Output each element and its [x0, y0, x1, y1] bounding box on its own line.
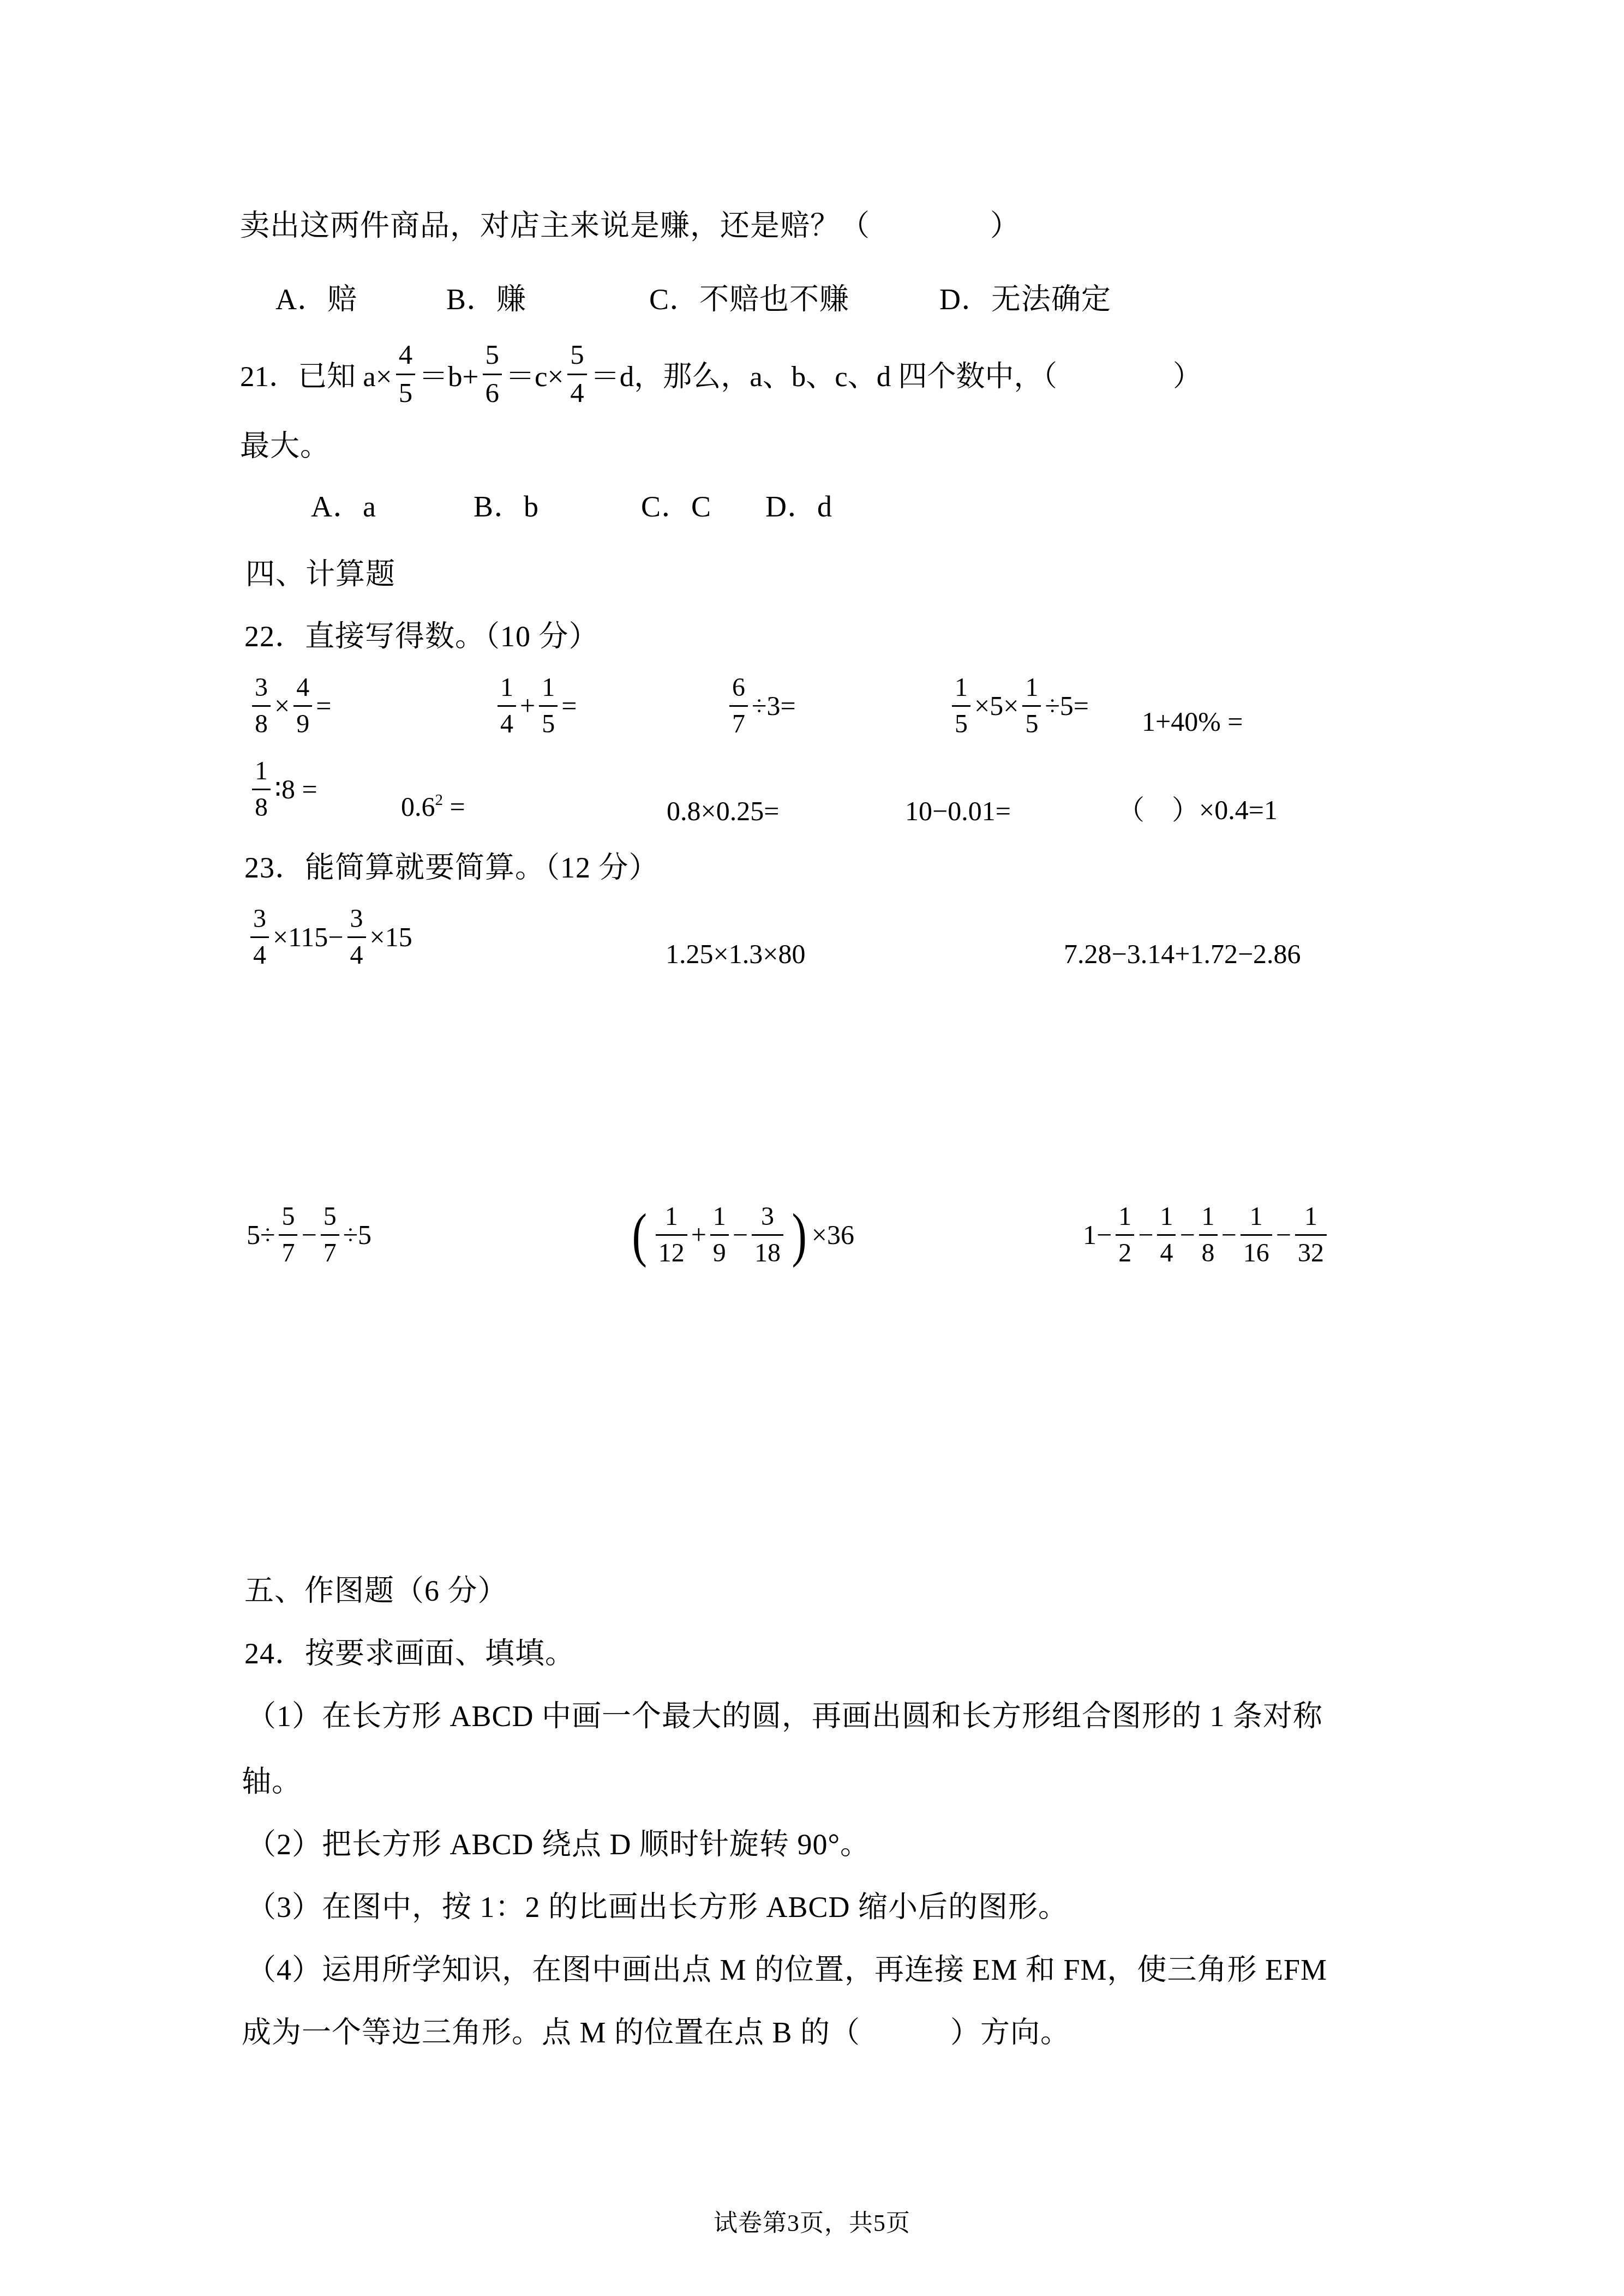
fraction-denominator: 12 [656, 1234, 687, 1266]
math-text: ×5× [974, 690, 1018, 722]
fraction: 38 [252, 675, 271, 737]
fraction-numerator: 1 [539, 675, 558, 705]
fraction-numerator: 1 [1022, 675, 1041, 705]
q20-option-a: A．赔 [275, 283, 357, 316]
q23-expr-6: 1−12−14−18−116−132 [1083, 1203, 1331, 1267]
q23-title: 23．能简算就要简算。（12 分） [244, 851, 659, 885]
fraction-denominator: 6 [483, 374, 502, 407]
fraction-numerator: 4 [293, 675, 312, 705]
q21-option-a: A．a [311, 490, 376, 524]
fraction-denominator: 4 [250, 936, 269, 969]
fraction-numerator: 1 [1199, 1204, 1218, 1234]
math-text: ÷5= [1045, 690, 1089, 722]
fraction-denominator: 8 [252, 789, 271, 821]
math-text: 1.25×1.3×80 [666, 939, 805, 969]
fraction-denominator: 7 [279, 1234, 297, 1266]
fraction-denominator: 8 [252, 705, 271, 737]
fraction-denominator: 18 [752, 1234, 783, 1266]
fraction-numerator: 1 [1157, 1204, 1176, 1234]
fraction-denominator: 4 [498, 705, 516, 737]
fraction: 34 [250, 906, 269, 969]
q22-expr-7: 0.62 = [401, 792, 465, 822]
fraction-numerator: 1 [1116, 1204, 1134, 1234]
fraction-denominator: 2 [1116, 1234, 1134, 1266]
q24-part4-line2: 成为一个等边三角形。点 M 的位置在点 B 的（ ）方向。 [242, 2016, 1070, 2049]
fraction-numerator: 1 [1302, 1204, 1320, 1234]
math-text: ＝b+ [419, 353, 478, 395]
fraction-denominator: 32 [1295, 1234, 1327, 1266]
fraction: 318 [752, 1204, 783, 1266]
q22-expr-4: 15×5×15÷5= [948, 676, 1089, 735]
q20-stem: 卖出这两件商品，对店主来说是赚，还是赔？（ ） [240, 209, 1020, 243]
math-text: = [561, 690, 577, 722]
fraction: 56 [483, 341, 502, 407]
math-text: 1− [1083, 1219, 1112, 1251]
fraction-denominator: 5 [396, 374, 415, 407]
math-text: ÷5 [343, 1219, 371, 1251]
fraction-numerator: 5 [321, 1204, 339, 1234]
fraction-numerator: 1 [498, 675, 516, 705]
math-text: 0.6 [401, 791, 435, 822]
fraction: 132 [1295, 1204, 1327, 1266]
math-text: ×115− [273, 921, 344, 953]
fraction-denominator: 5 [952, 705, 970, 737]
q21-option-b: B．b [474, 490, 539, 524]
q23-expr-1: 34×115−34×15 [247, 903, 412, 971]
q21-option-d: D．d [765, 490, 832, 524]
q23-expr-2: 1.25×1.3×80 [666, 939, 805, 969]
fraction-numerator: 5 [279, 1204, 297, 1234]
fraction-denominator: 7 [729, 705, 748, 737]
fraction: 112 [656, 1204, 687, 1266]
fraction: 57 [321, 1204, 339, 1266]
fraction: 49 [293, 675, 312, 737]
superscript: 2 [435, 791, 444, 809]
fraction: 67 [729, 675, 748, 737]
q23-expr-4: 5÷57−57÷5 [247, 1203, 371, 1267]
q22-expr-6: 18∶8 = [248, 758, 317, 820]
fraction-numerator: 1 [662, 1204, 681, 1234]
fraction-numerator: 1 [952, 675, 970, 705]
math-text: 5÷ [247, 1219, 275, 1251]
q24-part1-line1: （1）在长方形 ABCD 中画一个最大的圆，再画出圆和长方形组合图形的 1 条对… [247, 1699, 1323, 1733]
fraction-numerator: 4 [396, 341, 415, 374]
q24-part2: （2）把长方形 ABCD 绕点 D 顺时针旋转 90°。 [247, 1828, 870, 1861]
fraction-numerator: 5 [567, 341, 586, 374]
section-calc-title: 四、计算题 [245, 557, 395, 591]
fraction-denominator: 9 [710, 1234, 729, 1266]
q21-stem: 21．已知 a×45＝b+56＝c×54＝d，那么，a、b、c、d 四个数中，（… [240, 342, 1202, 406]
q22-expr-9: 10−0.01= [905, 796, 1011, 826]
math-text: ∶8 = [274, 773, 317, 805]
fraction: 57 [279, 1204, 297, 1266]
math-text: − [301, 1219, 316, 1251]
fraction: 18 [252, 758, 271, 821]
page-footer: 试卷第3页，共5页 [0, 2203, 1624, 2238]
q22-expr-2: 14+15= [494, 676, 577, 735]
fraction: 14 [1157, 1204, 1176, 1266]
fraction-numerator: 1 [710, 1204, 729, 1234]
math-text: 0.8×0.25= [667, 796, 779, 826]
fraction-denominator: 16 [1241, 1234, 1272, 1266]
q24-part4-line1: （4）运用所学知识，在图中画出点 M 的位置，再连接 EM 和 FM，使三角形 … [247, 1953, 1327, 1987]
fraction-numerator: 1 [1247, 1204, 1266, 1234]
math-text: + [520, 690, 535, 722]
fraction-numerator: 6 [729, 675, 748, 705]
math-text: × [274, 690, 290, 722]
fraction: 19 [710, 1204, 729, 1266]
q20-option-b: B．赚 [446, 283, 526, 316]
math-text: 10−0.01= [905, 796, 1011, 826]
fraction-numerator: 3 [250, 906, 269, 936]
q24-part3: （3）在图中，按 1：2 的比画出长方形 ABCD 缩小后的图形。 [247, 1890, 1068, 1924]
fraction-denominator: 7 [321, 1234, 339, 1266]
q22-expr-5: 1+40% = [1142, 707, 1243, 737]
math-text: 7.28−3.14+1.72−2.86 [1064, 939, 1301, 969]
fraction-numerator: 3 [758, 1204, 777, 1234]
q22-expr-10: （ ）×0.4=1 [1117, 795, 1278, 825]
math-text: ＝c× [506, 353, 564, 395]
q21-option-c: C．C [641, 490, 711, 524]
fraction-denominator: 5 [1022, 705, 1041, 737]
fraction-numerator: 5 [483, 341, 502, 374]
math-text: ×36 [812, 1219, 854, 1251]
fraction: 15 [539, 675, 558, 737]
q21-stem-tail: 最大。 [240, 429, 330, 463]
math-text: 1+40% = [1142, 706, 1243, 737]
exam-paper-page: 卖出这两件商品，对店主来说是赚，还是赔？（ ） A．赔 B．赚 C．不赔也不赚 … [0, 0, 1624, 2296]
section-draw-title: 五、作图题（6 分） [244, 1574, 508, 1608]
fraction: 45 [396, 341, 415, 407]
math-text: （ ）×0.4=1 [1117, 795, 1278, 825]
fraction-denominator: 4 [1157, 1234, 1176, 1266]
math-text: − [733, 1219, 748, 1251]
math-text: = [316, 690, 331, 722]
fraction-numerator: 1 [252, 758, 271, 789]
fraction-denominator: 4 [567, 374, 586, 407]
fraction-denominator: 9 [293, 705, 312, 737]
math-text: ＝d，那么，a、b、c、d 四个数中，（ ） [591, 353, 1202, 395]
math-text: ×15 [370, 921, 412, 953]
fraction-denominator: 8 [1199, 1234, 1218, 1266]
q24-title: 24．按要求画面、填填。 [244, 1637, 575, 1670]
math-text: + [691, 1219, 706, 1251]
math-text: − [1221, 1219, 1237, 1251]
math-text: − [1276, 1219, 1291, 1251]
fraction-numerator: 3 [347, 906, 366, 936]
q24-part1-line2: 轴。 [242, 1765, 302, 1799]
q22-title: 22．直接写得数。（10 分） [244, 620, 599, 653]
fraction: 12 [1116, 1204, 1134, 1266]
fraction-denominator: 4 [347, 936, 366, 969]
fraction: 15 [1022, 675, 1041, 737]
q22-expr-1: 38×49= [248, 676, 331, 735]
fraction: 34 [347, 906, 366, 969]
q20-option-d: D．无法确定 [939, 283, 1111, 316]
math-text: ÷3= [752, 690, 796, 722]
q20-option-c: C．不赔也不赚 [649, 283, 849, 316]
q22-expr-8: 0.8×0.25= [667, 796, 779, 826]
q23-expr-5: (112+19−318)×36 [627, 1203, 854, 1267]
math-text: − [1138, 1219, 1153, 1251]
fraction-numerator: 3 [252, 675, 271, 705]
fraction: 54 [567, 341, 586, 407]
math-text: − [1179, 1219, 1195, 1251]
fraction-denominator: 5 [539, 705, 558, 737]
fraction: 116 [1241, 1204, 1272, 1266]
fraction: 14 [498, 675, 516, 737]
fraction: 15 [952, 675, 970, 737]
math-text: 21．已知 a× [240, 353, 392, 395]
math-text: = [443, 791, 465, 822]
fraction: 18 [1199, 1204, 1218, 1266]
q22-expr-3: 67÷3= [726, 676, 796, 735]
q23-expr-3: 7.28−3.14+1.72−2.86 [1064, 939, 1301, 969]
